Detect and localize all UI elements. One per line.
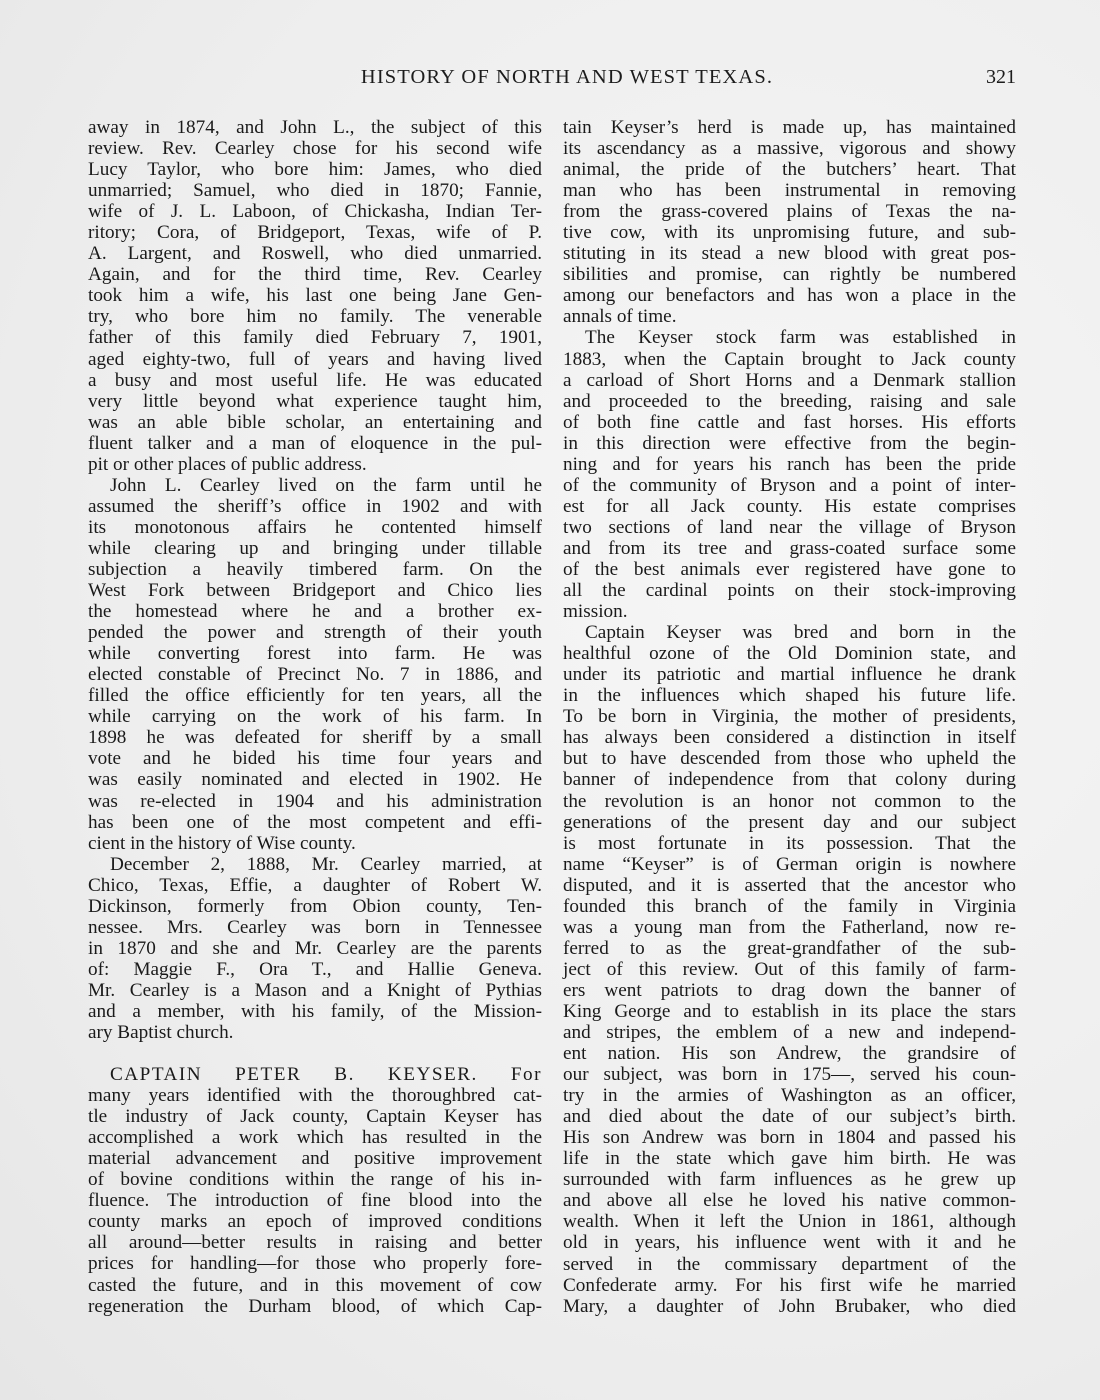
text-line: tain Keyser’s herd is made up, has maint…	[563, 117, 1016, 138]
text-line: and above all else he loved his native c…	[563, 1190, 1016, 1211]
text-line: Again, and for the third time, Rev. Cear…	[88, 264, 542, 285]
text-line: Dickinson, formerly from Obion county, T…	[88, 896, 542, 917]
text-line: banner of independence from that colony …	[563, 769, 1016, 790]
text-line: fluence. The introduction of fine blood …	[88, 1190, 542, 1211]
right-column: tain Keyser’s herd is made up, has maint…	[563, 117, 1016, 1317]
text-line: Captain Keyser was bred and born in the	[563, 622, 1016, 643]
text-line: annals of time.	[563, 306, 1016, 327]
text-line: and a member, with his family, of the Mi…	[88, 1001, 542, 1022]
text-line: ary Baptist church.	[88, 1022, 542, 1043]
text-line: county marks an epoch of improved condit…	[88, 1211, 542, 1232]
text-line: man who has been instrumental in removin…	[563, 180, 1016, 201]
text-line: was re-elected in 1904 and his administr…	[88, 791, 542, 812]
text-line: est for all Jack county. His estate comp…	[563, 496, 1016, 517]
text-line: regeneration the Durham blood, of which …	[88, 1296, 542, 1317]
text-line: life in the state which gave him birth. …	[563, 1148, 1016, 1169]
text-line: and stripes, the emblem of a new and ind…	[563, 1022, 1016, 1043]
text-line: in the influences which shaped his futur…	[563, 685, 1016, 706]
paragraph-gap	[88, 1043, 542, 1064]
text-line: has been one of the most competent and e…	[88, 812, 542, 833]
text-line: of both fine cattle and fast horses. His…	[563, 412, 1016, 433]
running-header: HISTORY OF NORTH AND WEST TEXAS. 321	[88, 66, 1016, 96]
text-line: among our benefactors and has won a plac…	[563, 285, 1016, 306]
text-line: December 2, 1888, Mr. Cearley married, a…	[88, 854, 542, 875]
text-line: its monotonous affairs he contented hims…	[88, 517, 542, 538]
text-line: took him a wife, his last one being Jane…	[88, 285, 542, 306]
text-line: casted the future, and in this movement …	[88, 1275, 542, 1296]
text-line: founded this branch of the family in Vir…	[563, 896, 1016, 917]
text-line: 1883, when the Captain brought to Jack c…	[563, 349, 1016, 370]
text-line: The Keyser stock farm was established in	[563, 327, 1016, 348]
text-line: ent nation. His son Andrew, the grandsir…	[563, 1043, 1016, 1064]
text-line: healthful ozone of the Old Dominion stat…	[563, 643, 1016, 664]
text-line: Mr. Cearley is a Mason and a Knight of P…	[88, 980, 542, 1001]
text-line: try, who bore him no family. The venerab…	[88, 306, 542, 327]
text-line: many years identified with the thoroughb…	[88, 1085, 542, 1106]
text-line: nessee. Mrs. Cearley was born in Tenness…	[88, 917, 542, 938]
text-line: in 1870 and she and Mr. Cearley are the …	[88, 938, 542, 959]
text-line: assumed the sheriff’s office in 1902 and…	[88, 496, 542, 517]
text-line: all around—better results in raising and…	[88, 1232, 542, 1253]
text-line: Confederate army. For his first wife he …	[563, 1275, 1016, 1296]
running-title: HISTORY OF NORTH AND WEST TEXAS.	[88, 66, 1016, 89]
text-line: material advancement and positive improv…	[88, 1148, 542, 1169]
text-line: tive cow, with its unpromising future, a…	[563, 222, 1016, 243]
text-line: very little beyond what experience taugh…	[88, 391, 542, 412]
text-line: review. Rev. Cearley chose for his secon…	[88, 138, 542, 159]
text-line: subjection a heavily timbered farm. On t…	[88, 559, 542, 580]
text-line: while carrying on the work of his farm. …	[88, 706, 542, 727]
text-line: A. Largent, and Roswell, who died unmarr…	[88, 243, 542, 264]
text-line: has always been considered a distinction…	[563, 727, 1016, 748]
text-line: His son Andrew was born in 1804 and pass…	[563, 1127, 1016, 1148]
text-line: surrounded with farm influences as he gr…	[563, 1169, 1016, 1190]
text-line: try in the armies of Washington as an of…	[563, 1085, 1016, 1106]
text-line: under its patriotic and martial influenc…	[563, 664, 1016, 685]
text-line: cient in the history of Wise county.	[88, 833, 542, 854]
text-line: of: Maggie F., Ora T., and Hallie Geneva…	[88, 959, 542, 980]
text-line: two sections of land near the village of…	[563, 517, 1016, 538]
text-line: of the best animals ever registered have…	[563, 559, 1016, 580]
text-line: pit or other places of public address.	[88, 454, 542, 475]
text-line: generations of the present day and our s…	[563, 812, 1016, 833]
text-line: 1898 he was defeated for sheriff by a sm…	[88, 727, 542, 748]
text-line: in this direction were effective from th…	[563, 433, 1016, 454]
text-line: stituting in its stead a new blood with …	[563, 243, 1016, 264]
text-line: our subject, was born in 175—, served hi…	[563, 1064, 1016, 1085]
text-line: the revolution is an honor not common to…	[563, 791, 1016, 812]
text-line: mission.	[563, 601, 1016, 622]
text-line: father of this family died February 7, 1…	[88, 327, 542, 348]
text-line: elected constable of Precinct No. 7 in 1…	[88, 664, 542, 685]
text-line: was an able bible scholar, an entertaini…	[88, 412, 542, 433]
text-line: ritory; Cora, of Bridgeport, Texas, wife…	[88, 222, 542, 243]
text-line: To be born in Virginia, the mother of pr…	[563, 706, 1016, 727]
text-line: was easily nominated and elected in 1902…	[88, 769, 542, 790]
text-line: while clearing up and bringing under til…	[88, 538, 542, 559]
text-line: while converting forest into farm. He wa…	[88, 643, 542, 664]
text-line: filled the office efficiently for ten ye…	[88, 685, 542, 706]
text-line: King George and to establish in its plac…	[563, 1001, 1016, 1022]
text-line: wealth. When it left the Union in 1861, …	[563, 1211, 1016, 1232]
text-line: a carload of Short Horns and a Denmark s…	[563, 370, 1016, 391]
text-line: of the community of Bryson and a point o…	[563, 475, 1016, 496]
text-line: and proceeded to the breeding, raising a…	[563, 391, 1016, 412]
text-line: from the grass-covered plains of Texas t…	[563, 201, 1016, 222]
text-line: ferred to as the great-grandfather of th…	[563, 938, 1016, 959]
text-line: was a young man from the Fatherland, now…	[563, 917, 1016, 938]
text-line: name “Keyser” is of German origin is now…	[563, 854, 1016, 875]
text-line: away in 1874, and John L., the subject o…	[88, 117, 542, 138]
text-line: fluent talker and a man of eloquence in …	[88, 433, 542, 454]
text-line: old in years, his influence went with it…	[563, 1232, 1016, 1253]
text-line: disputed, and it is asserted that the an…	[563, 875, 1016, 896]
text-line: wife of J. L. Laboon, of Chickasha, Indi…	[88, 201, 542, 222]
text-line: Lucy Taylor, who bore him: James, who di…	[88, 159, 542, 180]
text-line: served in the commissary department of t…	[563, 1254, 1016, 1275]
left-column: away in 1874, and John L., the subject o…	[88, 117, 542, 1317]
text-line: and from its tree and grass-coated surfa…	[563, 538, 1016, 559]
text-line: all the cardinal points on their stock-i…	[563, 580, 1016, 601]
text-line: prices for handling—for those who proper…	[88, 1253, 542, 1274]
text-line: tle industry of Jack county, Captain Key…	[88, 1106, 542, 1127]
text-line: accomplished a work which has resulted i…	[88, 1127, 542, 1148]
text-line: of bovine conditions within the range of…	[88, 1169, 542, 1190]
text-line: ning and for years his ranch has been th…	[563, 454, 1016, 475]
text-line: Mary, a daughter of John Brubaker, who d…	[563, 1296, 1016, 1317]
text-line: the homestead where he and a brother ex-	[88, 601, 542, 622]
page-number: 321	[986, 66, 1016, 89]
text-line: animal, the pride of the butchers’ heart…	[563, 159, 1016, 180]
text-line: aged eighty-two, full of years and havin…	[88, 349, 542, 370]
text-line: unmarried; Samuel, who died in 1870; Fan…	[88, 180, 542, 201]
text-line: but to have descended from those who uph…	[563, 748, 1016, 769]
text-line: and died about the date of our subject’s…	[563, 1106, 1016, 1127]
text-line: vote and he bided his time four years an…	[88, 748, 542, 769]
text-line: Chico, Texas, Effie, a daughter of Rober…	[88, 875, 542, 896]
text-line: ers went patriots to drag down the banne…	[563, 980, 1016, 1001]
text-line: sibilities and promise, can rightly be n…	[563, 264, 1016, 285]
text-line: is most fortunate in its possession. Tha…	[563, 833, 1016, 854]
text-line: pended the power and strength of their y…	[88, 622, 542, 643]
text-line: ject of this review. Out of this family …	[563, 959, 1016, 980]
text-line: a busy and most useful life. He was educ…	[88, 370, 542, 391]
text-line: West Fork between Bridgeport and Chico l…	[88, 580, 542, 601]
section-heading-line: CAPTAIN PETER B. KEYSER. For	[88, 1064, 542, 1085]
text-line: its ascendancy as a massive, vigorous an…	[563, 138, 1016, 159]
text-line: John L. Cearley lived on the farm until …	[88, 475, 542, 496]
